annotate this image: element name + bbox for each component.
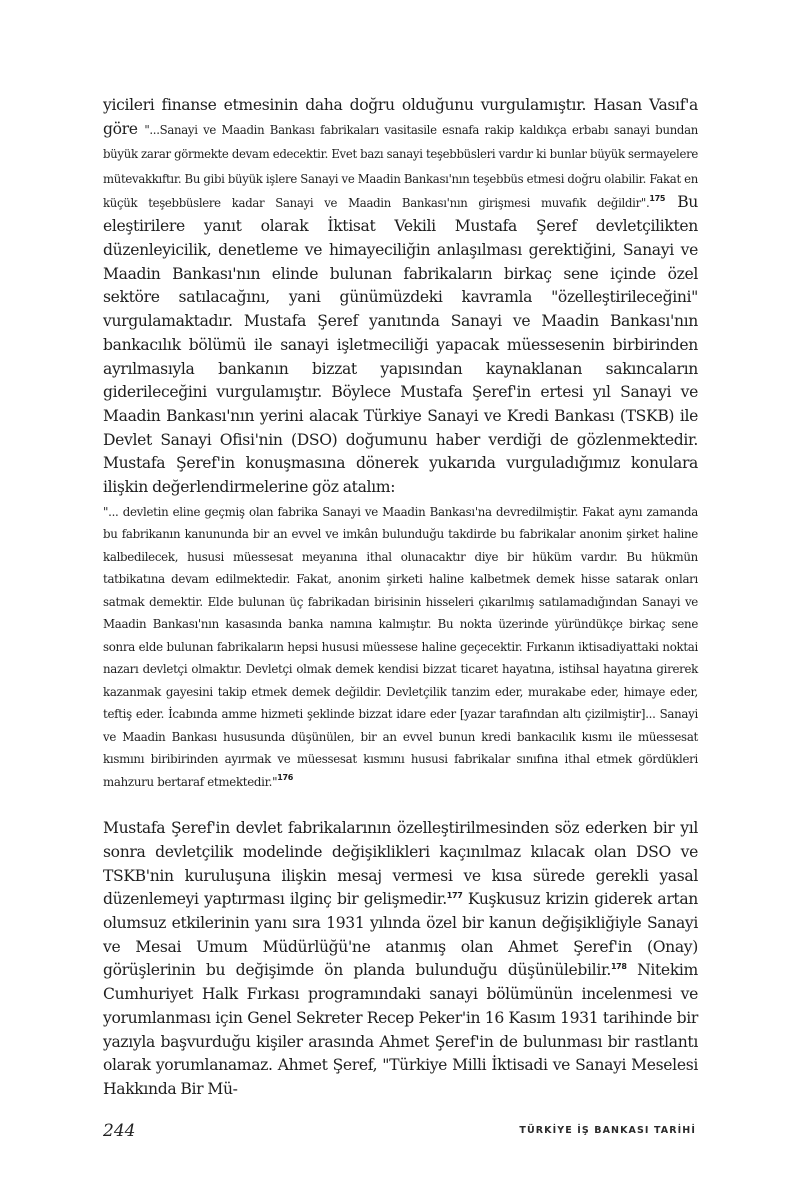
paragraph-2-part-3: Nitekim Cumhuriyet Halk Fırkası programı… (103, 961, 698, 1098)
running-footer-title: TÜRKİYE İŞ BANKASI TARİHİ (519, 1125, 696, 1136)
footnote-ref-175[interactable]: 175 (649, 194, 665, 203)
paragraph-2: Mustafa Şeref'in devlet fabrikalarının ö… (103, 817, 698, 1101)
inline-quote-hasan-vasif: "...Sanayi ve Maadin Bankası fabrikaları… (103, 123, 698, 210)
page-body: yicileri finanse etmesinin daha doğru ol… (103, 94, 698, 1102)
paragraph-spacer (103, 793, 698, 817)
block-quote-mustafa-seref: "... devletin eline geçmiş olan fabrika … (103, 501, 698, 794)
footnote-ref-178[interactable]: 178 (611, 962, 627, 971)
paragraph-1: yicileri finanse etmesinin daha doğru ol… (103, 94, 698, 500)
footnote-ref-177[interactable]: 177 (447, 891, 463, 900)
paragraph-1-continuation: Bu eleştirilere yanıt olarak İktisat Vek… (103, 193, 698, 496)
page-number: 244 (103, 1121, 135, 1141)
footnote-ref-176[interactable]: 176 (277, 773, 293, 782)
block-quote-text: "... devletin eline geçmiş olan fabrika … (103, 505, 698, 789)
